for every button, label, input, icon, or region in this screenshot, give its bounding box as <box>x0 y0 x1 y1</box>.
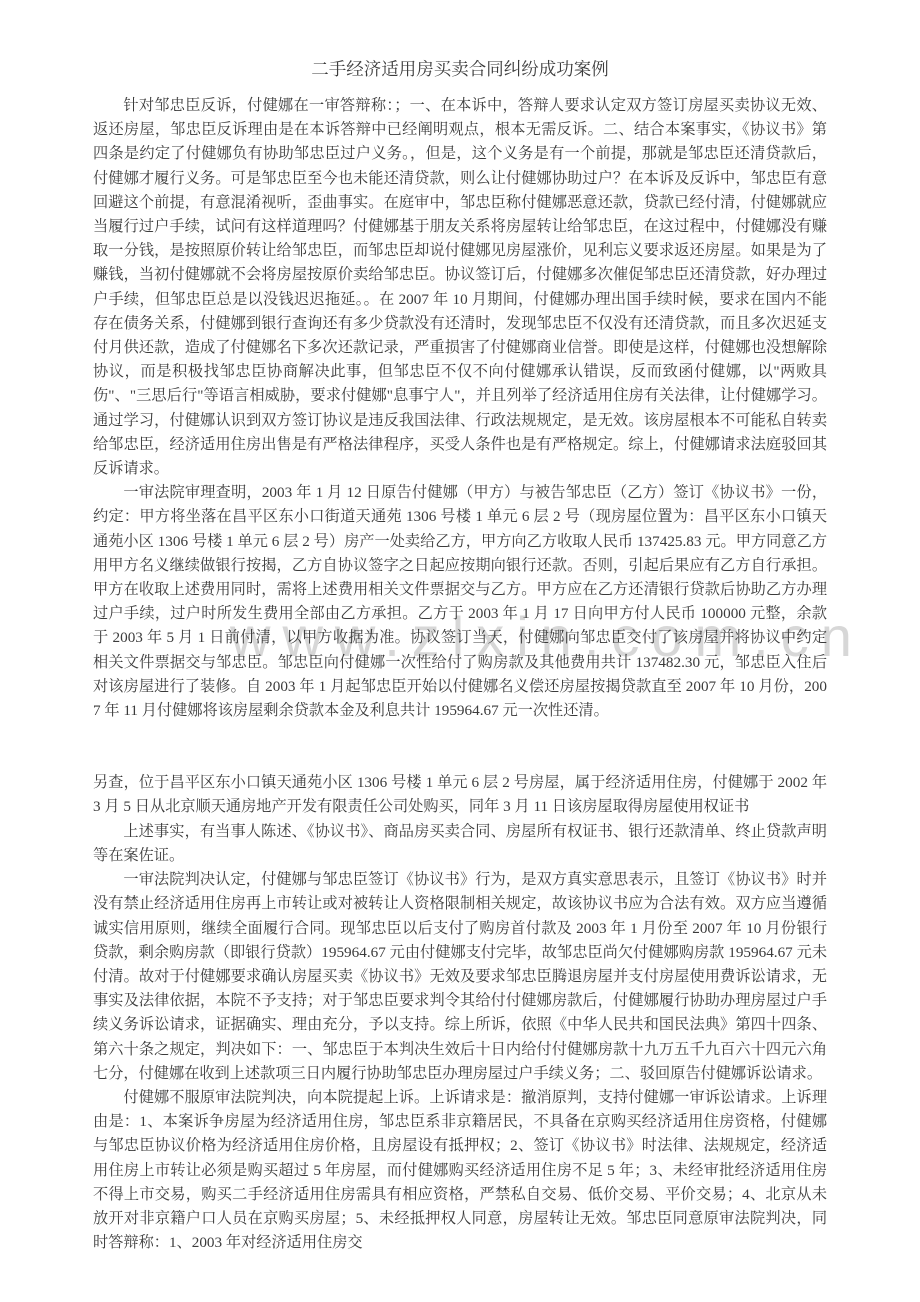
paragraph-appeal: 付健娜不服原审法院判决，向本院提起上诉。上诉请求是：撤消原判，支持付健娜一审诉讼… <box>93 1086 827 1255</box>
paragraph-first-instance-findings: 一审法院审理查明，2003 年 1 月 12 日原告付健娜（甲方）与被告邹忠臣（… <box>93 481 827 723</box>
paragraph-evidence: 上述事实，有当事人陈述、《协议书》、商品房买卖合同、房屋所有权证书、银行还款清单… <box>93 820 827 868</box>
paragraph-answer-statement: 针对邹忠臣反诉，付健娜在一审答辩称：；一、在本诉中，答辩人要求认定双方签订房屋买… <box>93 94 827 481</box>
document-title: 二手经济适用房买卖合同纠纷成功案例 <box>93 56 827 82</box>
paragraph-additional-findings: 另查，位于昌平区东小口镇天通苑小区 1306 号楼 1 单元 6 层 2 号房屋… <box>93 771 827 819</box>
document-content: 二手经济适用房买卖合同纠纷成功案例 针对邹忠臣反诉，付健娜在一审答辩称：；一、在… <box>0 0 920 1255</box>
document-page: www.zlxin.com.cn 二手经济适用房买卖合同纠纷成功案例 针对邹忠臣… <box>0 0 920 1302</box>
paragraph-first-instance-judgment: 一审法院判决认定，付健娜与邹忠臣签订《协议书》行为，是双方真实意思表示，且签订《… <box>93 868 827 1086</box>
